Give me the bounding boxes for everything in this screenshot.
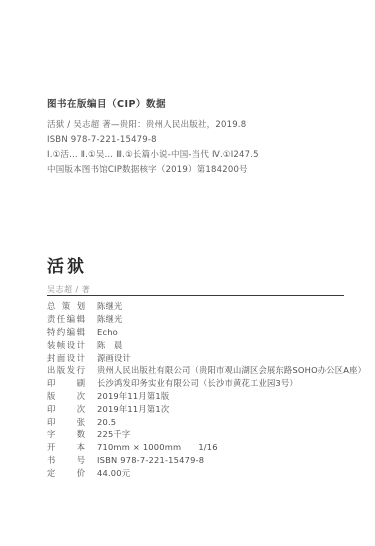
colophon-row-publisher: 出版发行 贵州人民出版社有限公司（贵阳市观山湖区会展东路SOHO办公区A座） xyxy=(47,364,363,377)
colophon-row-label: 印刷 xyxy=(47,377,85,389)
colophon-row-value: 陈 晨 xyxy=(97,339,363,351)
cip-line-classification: Ⅰ.①活… Ⅱ.①吴… Ⅲ.①长篇小说-中国-当代 Ⅳ.①I247.5 xyxy=(47,148,345,163)
colophon-row-chief-planner: 总策划 陈继光 xyxy=(47,300,363,313)
colophon-row-value: 2019年11月第1次 xyxy=(97,403,363,415)
colophon-row-cover-design: 封面设计 源画设计 xyxy=(47,351,363,364)
colophon-row-edition: 版次 2019年11月第1版 xyxy=(47,390,363,403)
book-author: 吴志超 / 著 xyxy=(47,284,90,295)
cip-line-registration-number: 中国版本图书馆CIP数据核字（2019）第184200号 xyxy=(47,163,345,178)
colophon-row-label: 总策划 xyxy=(47,300,85,312)
colophon-row-impression: 印次 2019年11月第1次 xyxy=(47,402,363,415)
cip-heading: 图书在版编目（CIP）数据 xyxy=(47,96,345,110)
colophon-row-label: 印次 xyxy=(47,403,85,415)
colophon-row-value: ISBN 978-7-221-15479-8 xyxy=(97,455,363,465)
colophon-row-label: 装帧设计 xyxy=(47,339,85,351)
cip-line-title-statement: 活狱 / 吴志超 著—贵阳：贵州人民出版社，2019.8 xyxy=(47,118,345,133)
colophon-row-label: 封面设计 xyxy=(47,352,85,364)
colophon-row-label: 责任编辑 xyxy=(47,313,85,325)
colophon-row-label: 版次 xyxy=(47,390,85,402)
colophon-row-label: 字数 xyxy=(47,428,85,440)
colophon-row-book-number: 书号 ISBN 978-7-221-15479-8 xyxy=(47,454,363,467)
colophon-row-word-count: 字数 225千字 xyxy=(47,428,363,441)
colophon-row-label: 定价 xyxy=(47,467,85,479)
colophon-row-value: 710mm × 1000mm 1/16 xyxy=(97,442,363,452)
colophon-row-contributing-editor: 特约编辑 Echo xyxy=(47,326,363,339)
colophon-row-value: 225千字 xyxy=(97,428,363,440)
colophon-row-printer: 印刷 长沙鸿发印务实业有限公司（长沙市黄花工业园3号） xyxy=(47,377,363,390)
copyright-page: 图书在版编目（CIP）数据 活狱 / 吴志超 著—贵阳：贵州人民出版社，2019… xyxy=(0,0,375,546)
colophon-row-value: 长沙鸿发印务实业有限公司（长沙市黄花工业园3号） xyxy=(97,377,363,389)
colophon-row-value: 陈继光 xyxy=(97,300,363,312)
colophon-row-value: 44.00元 xyxy=(97,467,363,479)
book-title: 活狱 xyxy=(47,252,90,277)
colophon-row-printed-sheets: 印张 20.5 xyxy=(47,415,363,428)
title-block: 活狱 吴志超 / 著 xyxy=(47,252,90,295)
colophon-table: 总策划 陈继光 责任编辑 陈继光 特约编辑 Echo 装帧设计 陈 晨 封面设计… xyxy=(47,300,363,479)
colophon-row-label: 印张 xyxy=(47,416,85,428)
colophon-row-price: 定价 44.00元 xyxy=(47,466,363,479)
colophon-row-label: 特约编辑 xyxy=(47,326,85,338)
divider-rule xyxy=(47,295,344,296)
colophon-row-label: 开本 xyxy=(47,441,85,453)
colophon-row-label: 书号 xyxy=(47,454,85,466)
cip-line-isbn: ISBN 978-7-221-15479-8 xyxy=(47,133,345,148)
colophon-row-responsible-editor: 责任编辑 陈继光 xyxy=(47,313,363,326)
cip-block: 图书在版编目（CIP）数据 活狱 / 吴志超 著—贵阳：贵州人民出版社，2019… xyxy=(47,96,345,178)
colophon-row-value: 20.5 xyxy=(97,417,363,427)
colophon-row-value: Echo xyxy=(97,327,363,337)
colophon-row-value: 贵州人民出版社有限公司（贵阳市观山湖区会展东路SOHO办公区A座） xyxy=(97,364,366,376)
colophon-row-value: 陈继光 xyxy=(97,313,363,325)
colophon-row-binding-design: 装帧设计 陈 晨 xyxy=(47,338,363,351)
colophon-row-value: 源画设计 xyxy=(97,352,363,364)
colophon-row-format: 开本 710mm × 1000mm 1/16 xyxy=(47,441,363,454)
colophon-row-value: 2019年11月第1版 xyxy=(97,390,363,402)
colophon-row-label: 出版发行 xyxy=(47,364,85,376)
